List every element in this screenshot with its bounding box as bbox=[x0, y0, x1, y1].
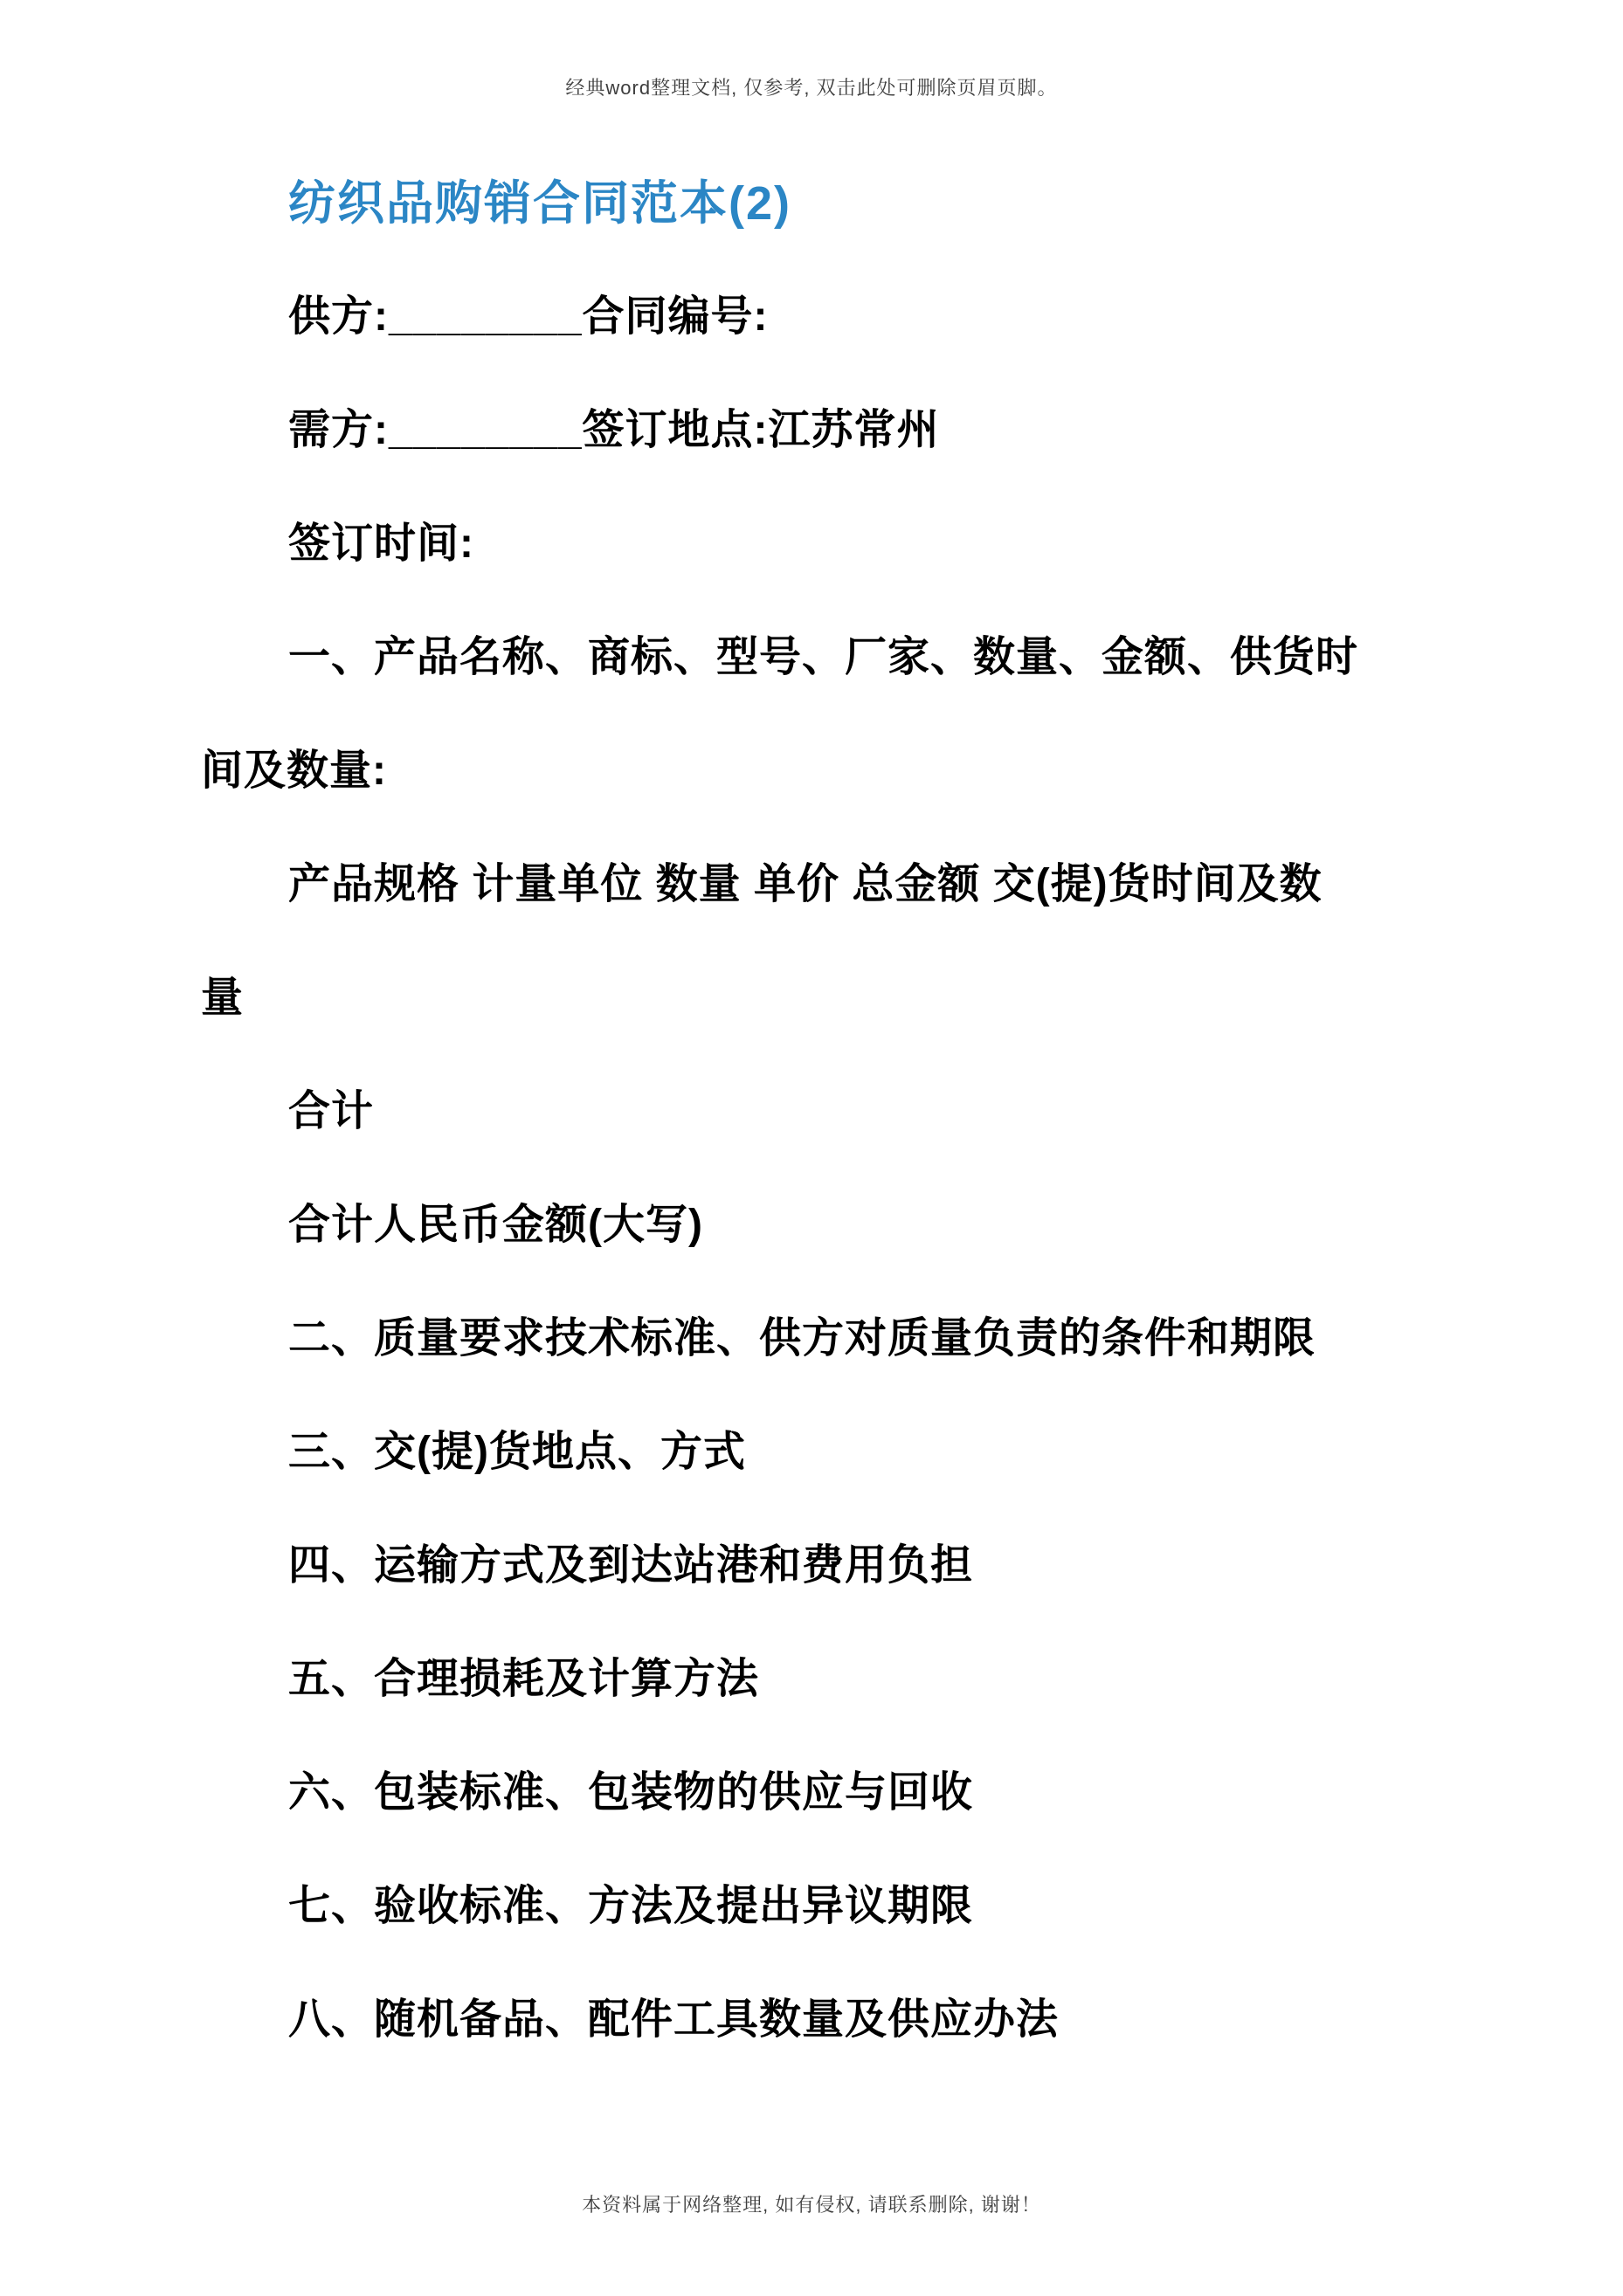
page-footer-note: 本资料属于网络整理, 如有侵权, 请联系删除, 谢谢！ bbox=[0, 2190, 1623, 2217]
clause-2: 二、质量要求技术标准、供方对质量负责的条件和期限 bbox=[201, 1282, 1475, 1396]
document-page: 经典word整理文档, 仅参考, 双击此处可删除页眉页脚。 纺织品购销合同范本(… bbox=[0, 0, 1623, 2296]
product-spec-line: 产品规格 计量单位 数量 单价 总金额 交(提)货时间及数 量 bbox=[201, 828, 1475, 1055]
signing-time-line: 签订时间: bbox=[201, 487, 1475, 601]
buyer-line: 需方:________签订地点:江苏常州 bbox=[201, 374, 1475, 487]
clause-5: 五、合理损耗及计算方法 bbox=[201, 1623, 1475, 1736]
total-line: 合计 bbox=[201, 1055, 1475, 1169]
supplier-line: 供方:________合同编号: bbox=[201, 260, 1475, 374]
document-title: 纺织品购销合同范本(2) bbox=[201, 147, 1475, 260]
total-amount-line: 合计人民币金额(大写) bbox=[201, 1169, 1475, 1282]
clause-3: 三、交(提)货地点、方式 bbox=[201, 1396, 1475, 1509]
document-body: 纺织品购销合同范本(2) 供方:________合同编号: 需方:_______… bbox=[201, 147, 1475, 2077]
page-header-note: 经典word整理文档, 仅参考, 双击此处可删除页眉页脚。 bbox=[0, 73, 1623, 100]
clause-6: 六、包装标准、包装物的供应与回收 bbox=[201, 1736, 1475, 1850]
clause-8: 八、随机备品、配件工具数量及供应办法 bbox=[201, 1963, 1475, 2077]
clause-1: 一、产品名称、商标、型号、厂家、数量、金额、供货时 间及数量: bbox=[201, 601, 1475, 828]
clause-7: 七、验收标准、方法及提出异议期限 bbox=[201, 1850, 1475, 1963]
clause-4: 四、运输方式及到达站港和费用负担 bbox=[201, 1509, 1475, 1623]
